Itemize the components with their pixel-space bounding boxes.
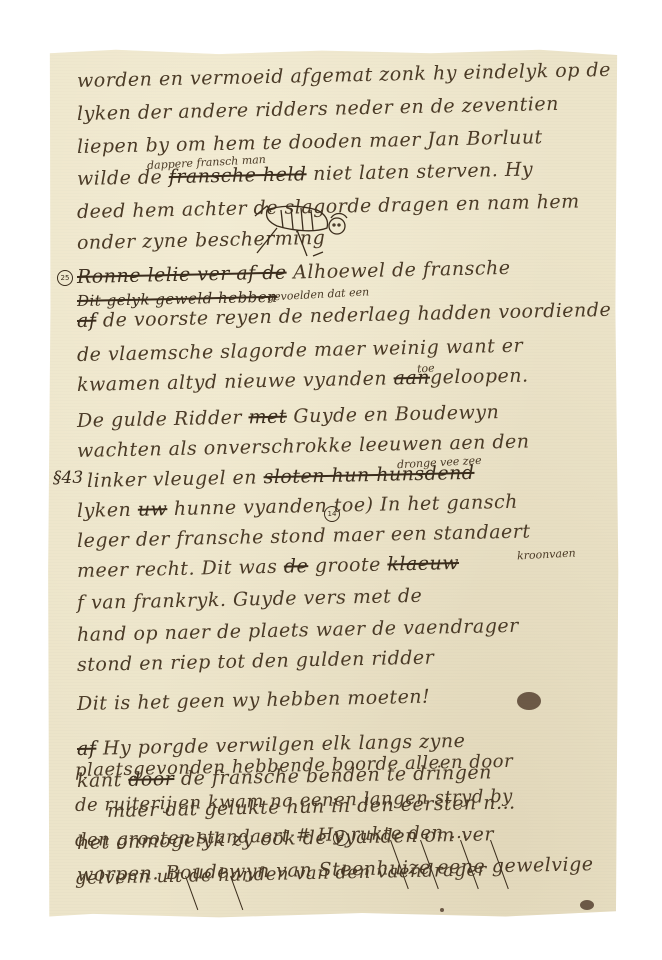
manuscript-line: leger der fransche stond maer een standa… (77, 521, 531, 552)
line-text: niet laten sterven. Hy (306, 158, 533, 185)
struck-text: Ronne lelie ver af de (77, 262, 287, 288)
struck-text: sloten hun hunsdend (263, 462, 474, 488)
struck-text: fransche held (169, 163, 307, 188)
manuscript-line: stond en riep tot den gulden ridder (77, 647, 435, 676)
line-text: meer recht. Dit was (77, 556, 284, 582)
margin-circled-number: 8 (333, 830, 349, 846)
ink-spot (440, 908, 444, 912)
struck-text: met (248, 406, 287, 429)
line-text: lyken (77, 499, 138, 522)
struck-text: aan (393, 367, 430, 390)
struck-text: af (77, 310, 97, 332)
line-text: kwamen altyd nieuwe vyanden (77, 367, 394, 396)
line-text: groote (308, 554, 388, 578)
manuscript-line: f van frankryk. Guyde vers met de (77, 585, 423, 614)
struck-text: uw (138, 498, 168, 521)
manuscript-line: worden en vermoeid afgemat zonk hy einde… (77, 59, 611, 92)
struck-text: klaeuw (387, 552, 459, 575)
margin-circled-number: 25 (57, 270, 73, 286)
manuscript-line: Ronne lelie ver af de Alhoewel de fransc… (77, 257, 511, 288)
line-text: Alhoewel de fransche (286, 257, 510, 284)
margin-circled-number: 14 (324, 506, 340, 522)
manuscript-line: de vlaemsche slagorde maer weinig want e… (77, 335, 524, 366)
margin-section-mark: §43 (53, 468, 83, 488)
manuscript-line: kwamen altyd nieuwe vyanden aangeloopen. (77, 365, 529, 396)
line-text: hunne vyanden toe) In het gansch (167, 491, 518, 520)
line-text: linker vleugel en (87, 466, 264, 492)
manuscript-line: wilde de fransche held niet laten sterve… (77, 158, 534, 190)
manuscript-line: hand op naer de plaets waer de vaendrage… (77, 615, 519, 646)
manuscript-line: lyken uw hunne vyanden toe) In het gansc… (77, 491, 518, 522)
manuscript-line: lyken der andere ridders neder en de zev… (77, 93, 559, 125)
line-text: Guyde en Boudewyn (287, 401, 500, 427)
interlinear-insertion: kroonvaen (517, 546, 576, 562)
figure-sketch-icon (247, 198, 357, 263)
interlinear-insertion: gevoelden dat een (267, 285, 370, 303)
line-text: wilde de (77, 166, 169, 190)
line-text: geloopen. (430, 365, 529, 389)
struck-text: af (77, 738, 97, 760)
ink-spot (580, 900, 594, 910)
line-text: De gulde Ridder (77, 406, 249, 432)
struck-text: de (284, 555, 309, 578)
manuscript-line: liepen by om hem te dooden maer Jan Borl… (77, 126, 543, 158)
manuscript-line: linker vleugel en sloten hun hunsdend (87, 462, 475, 492)
ink-blot (517, 692, 541, 710)
manuscript-line: De gulde Ridder met Guyde en Boudewyn (77, 401, 500, 432)
manuscript-line: Dit is het geen wy hebben moeten! (77, 686, 431, 715)
manuscript-line: meer recht. Dit was de groote klaeuw (77, 552, 459, 582)
